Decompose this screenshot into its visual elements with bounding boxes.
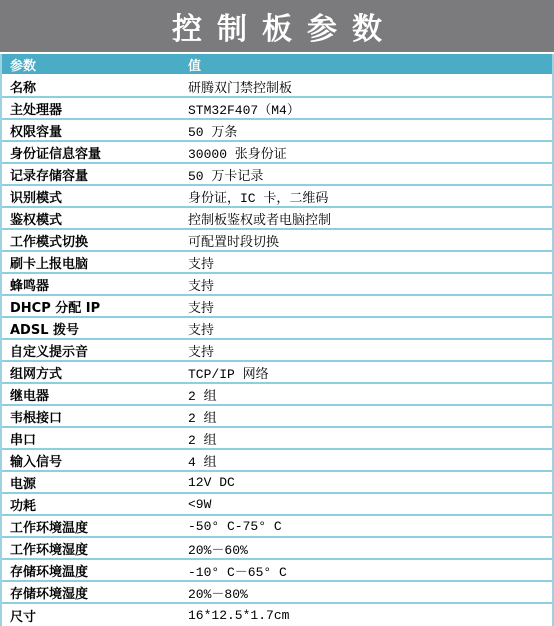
param-cell: 工作模式切换 xyxy=(2,231,188,250)
value-cell: 身份证，IC 卡，二维码 xyxy=(188,187,552,206)
table-row: 串口 2 组 xyxy=(2,428,552,450)
value-cell: 20%－60% xyxy=(188,539,552,558)
value-cell: 30000 张身份证 xyxy=(188,143,552,162)
value-cell: 支持 xyxy=(188,253,552,272)
param-cell: 名称 xyxy=(2,77,188,96)
title-bar: 控制板参数 xyxy=(0,0,554,52)
param-cell: 存储环境湿度 xyxy=(2,583,188,602)
page-title: 控制板参数 xyxy=(172,4,397,48)
table-row: 存储环境温度 -10° C－65° C xyxy=(2,560,552,582)
spec-sheet: 控制板参数 参数 值 名称 研腾双门禁控制板 主处理器 STM32F407（M4… xyxy=(0,0,554,626)
value-cell: 支持 xyxy=(188,319,552,338)
table-row: 存储环境湿度 20%－80% xyxy=(2,582,552,604)
param-cell: 鉴权模式 xyxy=(2,209,188,228)
param-cell: 存储环境温度 xyxy=(2,561,188,580)
table-row: 刷卡上报电脑 支持 xyxy=(2,252,552,274)
table-row: 蜂鸣器 支持 xyxy=(2,274,552,296)
table-row: 输入信号 4 组 xyxy=(2,450,552,472)
value-cell: 研腾双门禁控制板 xyxy=(188,77,552,96)
param-cell: 尺寸 xyxy=(2,606,188,625)
table-row: 名称 研腾双门禁控制板 xyxy=(2,76,552,98)
value-cell: 20%－80% xyxy=(188,583,552,602)
value-cell: -50° C-75° C xyxy=(188,519,552,534)
table-row: 继电器 2 组 xyxy=(2,384,552,406)
param-cell: 电源 xyxy=(2,473,188,492)
value-cell: 2 组 xyxy=(188,407,552,426)
param-cell: 主处理器 xyxy=(2,99,188,118)
table-row: ADSL 拨号 支持 xyxy=(2,318,552,340)
table-body: 名称 研腾双门禁控制板 主处理器 STM32F407（M4） 权限容量 50 万… xyxy=(2,76,552,626)
param-cell: DHCP 分配 IP xyxy=(2,297,188,316)
param-cell: 输入信号 xyxy=(2,451,188,470)
value-cell: 支持 xyxy=(188,297,552,316)
column-header-param: 参数 xyxy=(2,55,188,74)
param-cell: 功耗 xyxy=(2,495,188,514)
param-cell: ADSL 拨号 xyxy=(2,319,188,338)
table-row: DHCP 分配 IP 支持 xyxy=(2,296,552,318)
param-cell: 刷卡上报电脑 xyxy=(2,253,188,272)
table-row: 功耗 <9W xyxy=(2,494,552,516)
param-cell: 串口 xyxy=(2,429,188,448)
table-row: 工作模式切换 可配置时段切换 xyxy=(2,230,552,252)
param-cell: 工作环境温度 xyxy=(2,517,188,536)
table-row: 记录存储容量 50 万卡记录 xyxy=(2,164,552,186)
param-cell: 韦根接口 xyxy=(2,407,188,426)
param-cell: 蜂鸣器 xyxy=(2,275,188,294)
value-cell: 支持 xyxy=(188,341,552,360)
table-row: 工作环境湿度 20%－60% xyxy=(2,538,552,560)
table-row: 权限容量 50 万条 xyxy=(2,120,552,142)
value-cell: STM32F407（M4） xyxy=(188,99,552,118)
param-cell: 工作环境湿度 xyxy=(2,539,188,558)
table-row: 工作环境温度 -50° C-75° C xyxy=(2,516,552,538)
param-cell: 识别模式 xyxy=(2,187,188,206)
table-row: 尺寸 16*12.5*1.7cm xyxy=(2,604,552,626)
table-row: 组网方式 TCP/IP 网络 xyxy=(2,362,552,384)
value-cell: 4 组 xyxy=(188,451,552,470)
value-cell: 2 组 xyxy=(188,429,552,448)
table-row: 韦根接口 2 组 xyxy=(2,406,552,428)
value-cell: <9W xyxy=(188,497,552,512)
table-row: 身份证信息容量 30000 张身份证 xyxy=(2,142,552,164)
param-cell: 组网方式 xyxy=(2,363,188,382)
table-row: 鉴权模式 控制板鉴权或者电脑控制 xyxy=(2,208,552,230)
value-cell: -10° C－65° C xyxy=(188,561,552,580)
value-cell: 控制板鉴权或者电脑控制 xyxy=(188,209,552,228)
param-cell: 继电器 xyxy=(2,385,188,404)
value-cell: 16*12.5*1.7cm xyxy=(188,608,552,623)
column-header-value: 值 xyxy=(188,55,552,74)
value-cell: 支持 xyxy=(188,275,552,294)
param-cell: 记录存储容量 xyxy=(2,165,188,184)
param-cell: 自定义提示音 xyxy=(2,341,188,360)
value-cell: TCP/IP 网络 xyxy=(188,363,552,382)
value-cell: 50 万条 xyxy=(188,121,552,140)
value-cell: 2 组 xyxy=(188,385,552,404)
table-row: 主处理器 STM32F407（M4） xyxy=(2,98,552,120)
value-cell: 50 万卡记录 xyxy=(188,165,552,184)
table-row: 自定义提示音 支持 xyxy=(2,340,552,362)
value-cell: 可配置时段切换 xyxy=(188,231,552,250)
table-header-row: 参数 值 xyxy=(2,54,552,76)
param-cell: 身份证信息容量 xyxy=(2,143,188,162)
value-cell: 12V DC xyxy=(188,475,552,490)
spec-table: 参数 值 名称 研腾双门禁控制板 主处理器 STM32F407（M4） 权限容量… xyxy=(0,54,554,626)
param-cell: 权限容量 xyxy=(2,121,188,140)
table-row: 识别模式 身份证，IC 卡，二维码 xyxy=(2,186,552,208)
table-row: 电源 12V DC xyxy=(2,472,552,494)
